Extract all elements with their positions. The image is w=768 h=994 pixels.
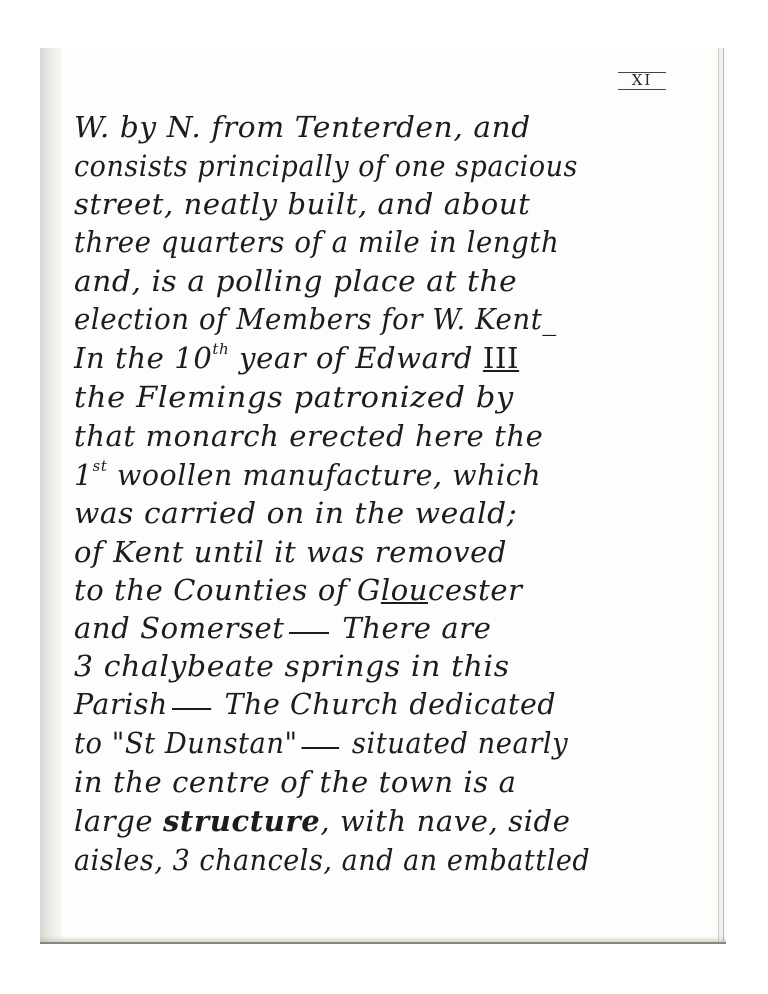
text-segment: woollen manufacture, which: [107, 458, 541, 492]
text-line-20: aisles, 3 chancels, and an embattled: [74, 843, 590, 877]
text-line-17: to "St Dunstan" situated nearly: [74, 726, 568, 760]
underlined-segment: lou: [381, 573, 428, 607]
text-line-18: in the centre of the town is a: [74, 765, 516, 799]
roman-numeral: III: [483, 341, 519, 375]
text-line-16: Parish The Church dedicated: [74, 687, 556, 721]
text-segment: The Church dedicated: [215, 687, 556, 721]
text-line-11: was carried on in the weald;: [74, 496, 517, 530]
text-segment: cester: [428, 573, 523, 607]
bold-segment: structure: [163, 804, 320, 838]
text-segment: and Somerset: [74, 611, 285, 645]
text-line-15: 3 chalybeate springs in this: [74, 649, 510, 683]
text-line-3: street, neatly built, and about: [74, 187, 530, 221]
text-line-13: to the Counties of Gloucester: [74, 573, 523, 607]
text-line-12: of Kent until it was removed: [74, 535, 507, 569]
page-right-edge: [718, 48, 724, 942]
dash-rule: [172, 708, 211, 710]
text-line-9: that monarch erected here the: [74, 419, 543, 453]
text-line-10: 1st woollen manufacture, which: [74, 458, 541, 492]
text-line-7: In the 10th year of Edward III: [74, 341, 519, 375]
text-segment: to "St Dunstan": [74, 726, 298, 760]
text-segment: , with nave, side: [320, 804, 570, 838]
text-segment: to the Counties of G: [74, 573, 381, 607]
text-segment: large: [74, 804, 163, 838]
dash-rule: [289, 632, 329, 634]
text-segment: There are: [333, 611, 492, 645]
text-segment: year of Edward: [229, 341, 483, 375]
text-line-8: the Flemings patronized by: [74, 380, 514, 414]
text-line-6: election of Members for W. Kent_: [74, 302, 557, 336]
page-bottom-edge: [40, 936, 726, 942]
text-line-5: and, is a polling place at the: [74, 264, 517, 298]
text-segment: In the 10: [74, 341, 212, 375]
dash-rule: [301, 747, 339, 749]
manuscript-page: XI W. by N. from Tenterden, and consists…: [40, 48, 726, 944]
text-line-4: three quarters of a mile in length: [74, 225, 559, 259]
text-segment: 1: [74, 458, 93, 492]
text-line-19: large structure, with nave, side: [74, 804, 570, 838]
page-number: XI: [618, 72, 666, 90]
text-segment: Parish: [74, 687, 168, 721]
text-line-14: and Somerset There are: [74, 611, 491, 645]
text-segment: situated nearly: [343, 726, 568, 760]
superscript: st: [93, 457, 108, 475]
superscript: th: [212, 340, 229, 358]
binding-gutter-shadow: [40, 48, 62, 942]
text-line-2: consists principally of one spacious: [74, 149, 578, 183]
text-line-1: W. by N. from Tenterden, and: [74, 110, 531, 144]
